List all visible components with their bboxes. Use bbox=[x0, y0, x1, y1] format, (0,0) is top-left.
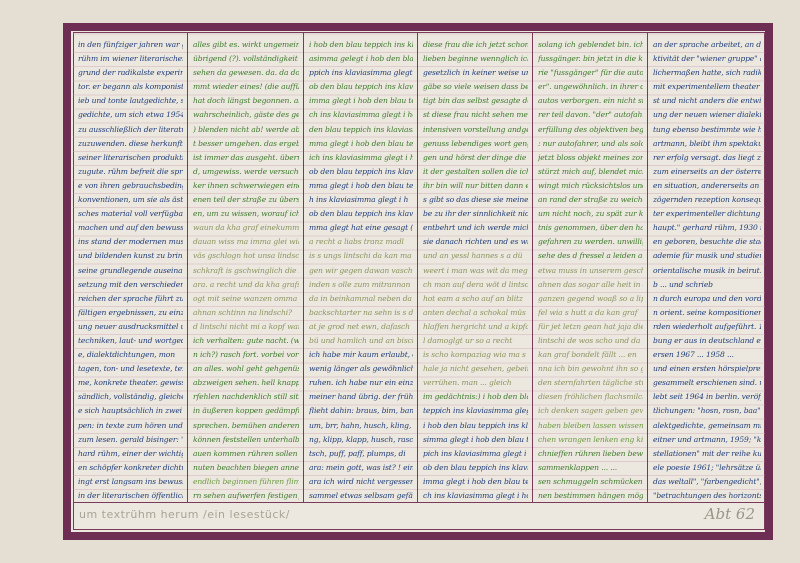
text-line: und an yessl hannes s a dü bbox=[423, 249, 528, 263]
text-line: diese frau die ich jetzt schon zu bbox=[423, 38, 528, 52]
text-line: rden wiederholt aufgeführt. 1964 bbox=[653, 320, 761, 334]
text-line: auen kommen rühren sollen ge bbox=[193, 447, 299, 461]
text-line: entbehrt und ich werde mich mit bbox=[423, 221, 528, 235]
text-line: bung er aus in deutschland em bbox=[653, 334, 761, 348]
text-line: pen: in texte zum hören und texte bbox=[78, 419, 183, 433]
text-line: tsch, puff, paff, plumps, di bbox=[309, 447, 413, 461]
column-2: alles gibt es. wirkt ungemein desübrigen… bbox=[188, 32, 304, 502]
text-line: b ... und schrieb bbox=[653, 278, 761, 292]
text-line: zugute. rühm befreit die sprach bbox=[78, 165, 183, 179]
text-line: das weltall", "farbengedicht", bbox=[653, 475, 761, 489]
text-line: ingt erst langsam ins bewusstse bbox=[78, 475, 183, 489]
text-line: ins stand der modernen musik bbox=[78, 235, 183, 249]
text-line: waun da kha graf einekummt bbox=[193, 221, 299, 235]
text-line: konventionen, um sie als ästheti bbox=[78, 193, 183, 207]
text-line: ung der neuen wiener dialektdich bbox=[653, 108, 761, 122]
text-line: ersen 1967 ... 1958 ... bbox=[653, 348, 761, 362]
text-line: d lintschi nicht mi a kopf wara bbox=[193, 320, 299, 334]
text-line: zu ausschließlich der literatur bbox=[78, 123, 183, 137]
text-line: zum lesen. gerald bisinger: "ger bbox=[78, 433, 183, 447]
text-line: n durch europa und den vordere bbox=[653, 292, 761, 306]
text-line: ktivität der "wiener gruppe" ansat bbox=[653, 52, 761, 66]
text-line: rer erfolg versagt. das liegt zum bbox=[653, 151, 761, 165]
text-line: en, um zu wissen, worauf ich steige bbox=[193, 207, 299, 221]
text-line: gedichte, um sich etwa 1954 nahe bbox=[78, 108, 183, 122]
text-line: tor. er begann als komponist, schr bbox=[78, 80, 183, 94]
text-line: dauan wiss ma imma glei wia bbox=[193, 235, 299, 249]
text-line: ahnen das sogar alle heit in die bbox=[538, 278, 643, 292]
text-line: n orient. seine kompositionen we bbox=[653, 306, 761, 320]
text-line: wingt mich rücksichtslos und bbox=[538, 179, 643, 193]
text-line: e, dialektdichtungen, mon bbox=[78, 348, 183, 362]
text-line: orientalische musik in beirut. a bbox=[653, 264, 761, 278]
text-line: it der gestalten sollen die ich mit bbox=[423, 165, 528, 179]
text-line: etwa muss in unserem geschäft k bbox=[538, 264, 643, 278]
text-line: lichermaßen hatte, sich radikal bbox=[653, 66, 761, 80]
text-line: ist immer das ausgeht. überraschen bbox=[193, 151, 299, 165]
text-line: mmt wieder eines! (die auffüllung bbox=[193, 80, 299, 94]
text-line: hat doch längst begonnen. aber bbox=[193, 94, 299, 108]
text-line: hale ja nicht gesehen, gebeinige bbox=[423, 362, 528, 376]
text-line: grund der radikalste experimenta bbox=[78, 66, 183, 80]
footer-title: um textrühm herum /ein lesestück/ bbox=[79, 508, 290, 521]
text-line: techniken, laut- und wortgedicht bbox=[78, 334, 183, 348]
text-line: alektgedichte, gemeinsam mit achl bbox=[653, 419, 761, 433]
text-line: tnis genommen, über den haufen bbox=[538, 221, 643, 235]
text-line: be zu ihr der sinnlichkeit nicht bbox=[423, 207, 528, 221]
text-line: ahnan schtinn na lindschi? bbox=[193, 306, 299, 320]
text-line: sehe des d fressel a leiden aus! bbox=[538, 249, 643, 263]
text-line: in der literarischen öffentlichk bbox=[78, 489, 183, 502]
column-1: in den fünfziger jahren war gerhardrühm … bbox=[73, 32, 188, 502]
text-line: verrühen. man ... gleich bbox=[423, 376, 528, 390]
text-line: mit experimentellem theater befas bbox=[653, 80, 761, 94]
text-line: können feststellen unterhalb sch bbox=[193, 433, 299, 447]
text-line: mma glegt i hob den blau teppic bbox=[309, 179, 413, 193]
text-line: ch man auf dera wöt d lintschi bbox=[423, 278, 528, 292]
text-line: e sich hauptsächlich in zwei grup bbox=[78, 404, 183, 418]
text-line: zum einerseits an der österreichisch bbox=[653, 165, 761, 179]
text-line: ara: mein gott, was ist? ! ein bbox=[309, 461, 413, 475]
text-line: sändlich, vollständig, gleichen sie bbox=[78, 390, 183, 404]
text-line: l damoglgt ur so a recht bbox=[423, 334, 528, 348]
artist-signature: Abt 62 bbox=[705, 505, 755, 523]
text-line: reichen der sprache führt zu viel bbox=[78, 292, 183, 306]
text-line: artmann, bleibt ihm spektakulä bbox=[653, 137, 761, 151]
text-line: autos verborgen. ein nicht sichtba bbox=[538, 94, 643, 108]
text-line: väs gschlogn hot unsa lindschi bbox=[193, 249, 299, 263]
text-line: ter experimenteller dichtung über bbox=[653, 207, 761, 221]
text-line: ch ins klaviasimma glegt i hob bbox=[423, 489, 528, 502]
text-line: tigt bin das selbst gesagte denn i bbox=[423, 94, 528, 108]
text-line: is s ungs lintschi da kan ma bbox=[309, 249, 413, 263]
text-line: diesen fröhlichen flachsmilch auf dem bbox=[538, 390, 643, 404]
text-line: e von ihren gebrauchsbedingten bbox=[78, 179, 183, 193]
text-line: hot eam a scho auf an blitz bbox=[423, 292, 528, 306]
text-line: en situation, andererseits an der bbox=[653, 179, 761, 193]
text-line: und bildenden kunst zu bringen. bbox=[78, 249, 183, 263]
text-line: erfüllung des objektiven begriffes bbox=[538, 123, 643, 137]
column-3: i hob den blau teppich ins klaviasimma g… bbox=[304, 32, 418, 502]
text-line: fel wia s hutt a da kan graf bbox=[538, 306, 643, 320]
text-line: alles gibt es. wirkt ungemein des bbox=[193, 38, 299, 52]
text-line: gesetzlich in keiner weise und es bbox=[423, 66, 528, 80]
text-line: ) blenden nicht ab! werde aber jeh bbox=[193, 123, 299, 137]
text-line: rfehlen nachdenklich still sitze bbox=[193, 390, 299, 404]
text-line: ob den blau teppich ins klaviasi bbox=[309, 207, 413, 221]
text-line: flieht dahin: braus, bim, bam, b bbox=[309, 404, 413, 418]
text-line: intensiven vorstellung andgena bbox=[423, 123, 528, 137]
text-line: um nicht noch, zu spät zur kenn bbox=[538, 207, 643, 221]
text-line: wenig länger als gewöhnlich zu bbox=[309, 362, 413, 376]
text-line: anten dechal a schokal müs bbox=[423, 306, 528, 320]
text-line: seine grundlegende auseinander bbox=[78, 264, 183, 278]
text-line: nna ich bin gewohnt ihn so gegen bbox=[538, 362, 643, 376]
text-line: imma glegt i hob den blau teppi bbox=[423, 475, 528, 489]
text-line: da in beinkammal neben da bbox=[309, 292, 413, 306]
text-line: enen teil der straße zu überschau bbox=[193, 193, 299, 207]
text-line: hlaffen hergricht und a kipfa bbox=[423, 320, 528, 334]
text-line: ieb und tonte lautgedichte, sein laut bbox=[78, 94, 183, 108]
text-line: übrigend (?). vollständigkeit alles bbox=[193, 52, 299, 66]
text-line: in äußeren koppen gedämpft bbox=[193, 404, 299, 418]
text-line: an der sprache arbeitet, an die a bbox=[653, 38, 761, 52]
text-line: meiner hand übrig. der frühling bbox=[309, 390, 413, 404]
text-line: gen wir gegen dawan vaschw bbox=[309, 264, 413, 278]
text-line: setzung mit den verschiedenen be bbox=[78, 278, 183, 292]
text-line: an alles. wohl geht gehgenüssen bbox=[193, 362, 299, 376]
footer-band: um textrühm herum /ein lesestück/ Abt 62 bbox=[73, 503, 765, 530]
text-line: rühm im wiener literarischen unter bbox=[78, 52, 183, 66]
text-line: is scho kompaziag wia ma s bbox=[423, 348, 528, 362]
text-line: sches material voll verfügbar zu bbox=[78, 207, 183, 221]
text-line: ob den blau teppich ins klaviasi bbox=[309, 165, 413, 179]
text-line: ob den blau teppich ins klavias bbox=[309, 80, 413, 94]
text-line: simma glegt i hob den blau tep bbox=[423, 433, 528, 447]
text-line: fussgänger. bin jetzt in die katego bbox=[538, 52, 643, 66]
text-line: ganzen gegend woaß so a lip bbox=[538, 292, 643, 306]
text-line: hard rühm, einer der wichtigst bbox=[78, 447, 183, 461]
text-line: ich habe mir kaum erlaubt, ein bbox=[309, 348, 413, 362]
text-line: ademie für musik und studierte bbox=[653, 249, 761, 263]
text-line: chnieffen rühren lieben bewegt zu bbox=[538, 447, 643, 461]
text-line: zuzuwenden. diese herkunft kam bbox=[78, 137, 183, 151]
text-line: jetzt bloss objekt meines zorges: bbox=[538, 151, 643, 165]
text-line: rer teil davon. "der" autofahrer bbox=[538, 108, 643, 122]
text-columns: in den fünfziger jahren war gerhardrühm … bbox=[73, 32, 765, 503]
text-line: rie "fussgänger" für die autofahr bbox=[538, 66, 643, 80]
text-line: imma glegt i hob den blau teppi bbox=[309, 94, 413, 108]
text-line: : nur autofahrer, und als solcher bbox=[538, 137, 643, 151]
text-line: ara ich wird nicht vergessen, zu bbox=[309, 475, 413, 489]
text-line: gesammelt erschienen sind. rühm bbox=[653, 376, 761, 390]
text-line: d, umgewiss. werde versuchen, an bbox=[193, 165, 299, 179]
text-line: ppich ins klaviasimma glegt i h bbox=[309, 66, 413, 80]
text-line: at je grod net ewn, dafasch bbox=[309, 320, 413, 334]
text-line: ruhen. ich habe nur ein einziges bbox=[309, 376, 413, 390]
text-line: den blau teppich ins klaviasi bbox=[309, 123, 413, 137]
text-line: en geboren, besuchte die staatsak bbox=[653, 235, 761, 249]
text-line: ihr bin will nur bitten dann e bbox=[423, 179, 528, 193]
text-line: inden s olle zum mitrannan bbox=[309, 278, 413, 292]
text-line: ch ins klaviasimma glegt i hob bbox=[309, 108, 413, 122]
text-line: ob den blau teppich ins klavias bbox=[423, 461, 528, 475]
text-line: pich ins klaviasimma glegt i h bbox=[423, 447, 528, 461]
text-line: an rand der straße zu weichen, bbox=[538, 193, 643, 207]
text-line: st diese frau nicht sehen meiner bbox=[423, 108, 528, 122]
text-line: stellationen" mit der reihe kunde bbox=[653, 447, 761, 461]
text-line: en schöpfer konkreter dichtung, dr bbox=[78, 461, 183, 475]
text-line: kan graf bondelt fällt ... en bbox=[538, 348, 643, 362]
text-line: ng, klipp, klapp, husch, rasch, pa bbox=[309, 433, 413, 447]
text-line: sehen da gewesen. da. da dort! ko bbox=[193, 66, 299, 80]
text-line: ich denken sagen geben gewesen bbox=[538, 404, 643, 418]
text-line: teppich ins klaviasimma glegt bbox=[423, 404, 528, 418]
text-line: wahrscheinlich, gäste des gedachtn bbox=[193, 108, 299, 122]
text-line: ara. a recht und da kha grafs bbox=[193, 278, 299, 292]
text-line: lintschi de wos scho und da bbox=[538, 334, 643, 348]
text-line: im gedächtnis:) i hob den blau bbox=[423, 390, 528, 404]
text-line: ker ihnen schwerwiegen einen gewiss bbox=[193, 179, 299, 193]
text-line: sen schmuggeln schmücken decksch bbox=[538, 475, 643, 489]
text-line: für jet letzn gean hat jaja die bbox=[538, 320, 643, 334]
text-line: st und nicht anders die entwick bbox=[653, 94, 761, 108]
text-line: gäbe so viele weisen dass betrach bbox=[423, 80, 528, 94]
text-line: ogt mit seine wanzen omma bbox=[193, 292, 299, 306]
text-line: in den fünfziger jahren war gerhard bbox=[78, 38, 183, 52]
text-line: sammenklappen ... ... bbox=[538, 461, 643, 475]
text-line: den sternfahrten tägliche strahl bei bbox=[538, 376, 643, 390]
text-line: nen bestimmen hängen möglich bbox=[538, 489, 643, 502]
text-line: gen und hörst der dinge die m bbox=[423, 151, 528, 165]
text-line: s gibt so das diese sie meine lie bbox=[423, 193, 528, 207]
text-line: lebt seit 1964 in berlin. veröffen bbox=[653, 390, 761, 404]
text-line: backschtarter na sehn is s da bbox=[309, 306, 413, 320]
text-line: haupt." gerhard rühm, 1930 in wi bbox=[653, 221, 761, 235]
text-line: abzweigen sehen. hell knapp ve bbox=[193, 376, 299, 390]
text-line: seiner literarischen produktion bbox=[78, 151, 183, 165]
text-line: eitner und artmann, 1959; "kon bbox=[653, 433, 761, 447]
text-line: n ich?) rasch fort. vorbei vor bei bbox=[193, 348, 299, 362]
text-line: genuss lebendiges wort genge bbox=[423, 137, 528, 151]
text-line: schkraft is gschwinglich die schi bbox=[193, 264, 299, 278]
text-line: nuten beachten biegen annehme bbox=[193, 461, 299, 475]
text-line: tung ebenso bestimmte wie h.c. bbox=[653, 123, 761, 137]
text-line: ich ins klaviasimma glegt i h bbox=[309, 151, 413, 165]
text-line: haben bleiben lassen wissen ma bbox=[538, 419, 643, 433]
text-line: gefahren zu werden. unwillig! fü bbox=[538, 235, 643, 249]
text-line: i hob den blau teppich ins klavi bbox=[309, 38, 413, 52]
text-line: tlichungen: "hosn, rosn, baa" di bbox=[653, 404, 761, 418]
column-6: an der sprache arbeitet, an die aktivitä… bbox=[648, 32, 765, 502]
text-line: ich verhalten: gute nacht. (was bi bbox=[193, 334, 299, 348]
column-4: diese frau die ich jetzt schon zulieben … bbox=[418, 32, 533, 502]
text-line: tagen, ton- und lesetexte, textfilm bbox=[78, 362, 183, 376]
text-line: sprechen. bemühen anderen bbox=[193, 419, 299, 433]
text-line: weert i man was wit da meg bbox=[423, 264, 528, 278]
text-line: und einen ersten hörspielpreis bi bbox=[653, 362, 761, 376]
column-5: solang ich geblendet bin. ich da.fussgän… bbox=[533, 32, 648, 502]
text-line: sammel etwas selbsam gefällt, so bbox=[309, 489, 413, 502]
text-line: "betrachtungen des horizonts", 1 bbox=[653, 489, 761, 502]
text-line: mma glegt hat eine gesagt (ich bbox=[309, 221, 413, 235]
text-line: chen wrangen lenken eng kiss s bbox=[538, 433, 643, 447]
text-line: solang ich geblendet bin. ich da. bbox=[538, 38, 643, 52]
text-line: rn sehen aufwerfen festigen ja bbox=[193, 489, 299, 502]
text-line: sie danach richten und es wird bbox=[423, 235, 528, 249]
text-line: stürzt mich auf, blendet mich, z bbox=[538, 165, 643, 179]
text-line: h ins klaviasimma glegt i h bbox=[309, 193, 413, 207]
text-line: ele poesie 1961; "lehrsätze über bbox=[653, 461, 761, 475]
text-line: machen und auf den bewusstse bbox=[78, 221, 183, 235]
text-line: lieben beginne wennglich ich bbox=[423, 52, 528, 66]
text-line: um, brr, hahn, husch, kling, kla bbox=[309, 419, 413, 433]
text-line: asimma gelegt i hob den blau te bbox=[309, 52, 413, 66]
text-line: me, konkrete theater. gewiss ve bbox=[78, 376, 183, 390]
text-line: endlich beginnen führen flimme bbox=[193, 475, 299, 489]
text-line: er". ungewöhnlich. in ihrer dunklen bbox=[538, 80, 643, 94]
text-line: ung neuer ausdrucksmittel und bbox=[78, 320, 183, 334]
text-line: a recht a liabs tranz madl bbox=[309, 235, 413, 249]
text-line: fältigen ergebnissen, zu einzelne bbox=[78, 306, 183, 320]
text-line: i hob den blau teppich ins klavia bbox=[423, 419, 528, 433]
text-line: zögernden rezeption konsequen bbox=[653, 193, 761, 207]
text-line: t besser umgehen. das ergebnis bbox=[193, 137, 299, 151]
text-line: bü und hamlich und an bisch bbox=[309, 334, 413, 348]
text-line: mma glegt i hob den blau tepp bbox=[309, 137, 413, 151]
